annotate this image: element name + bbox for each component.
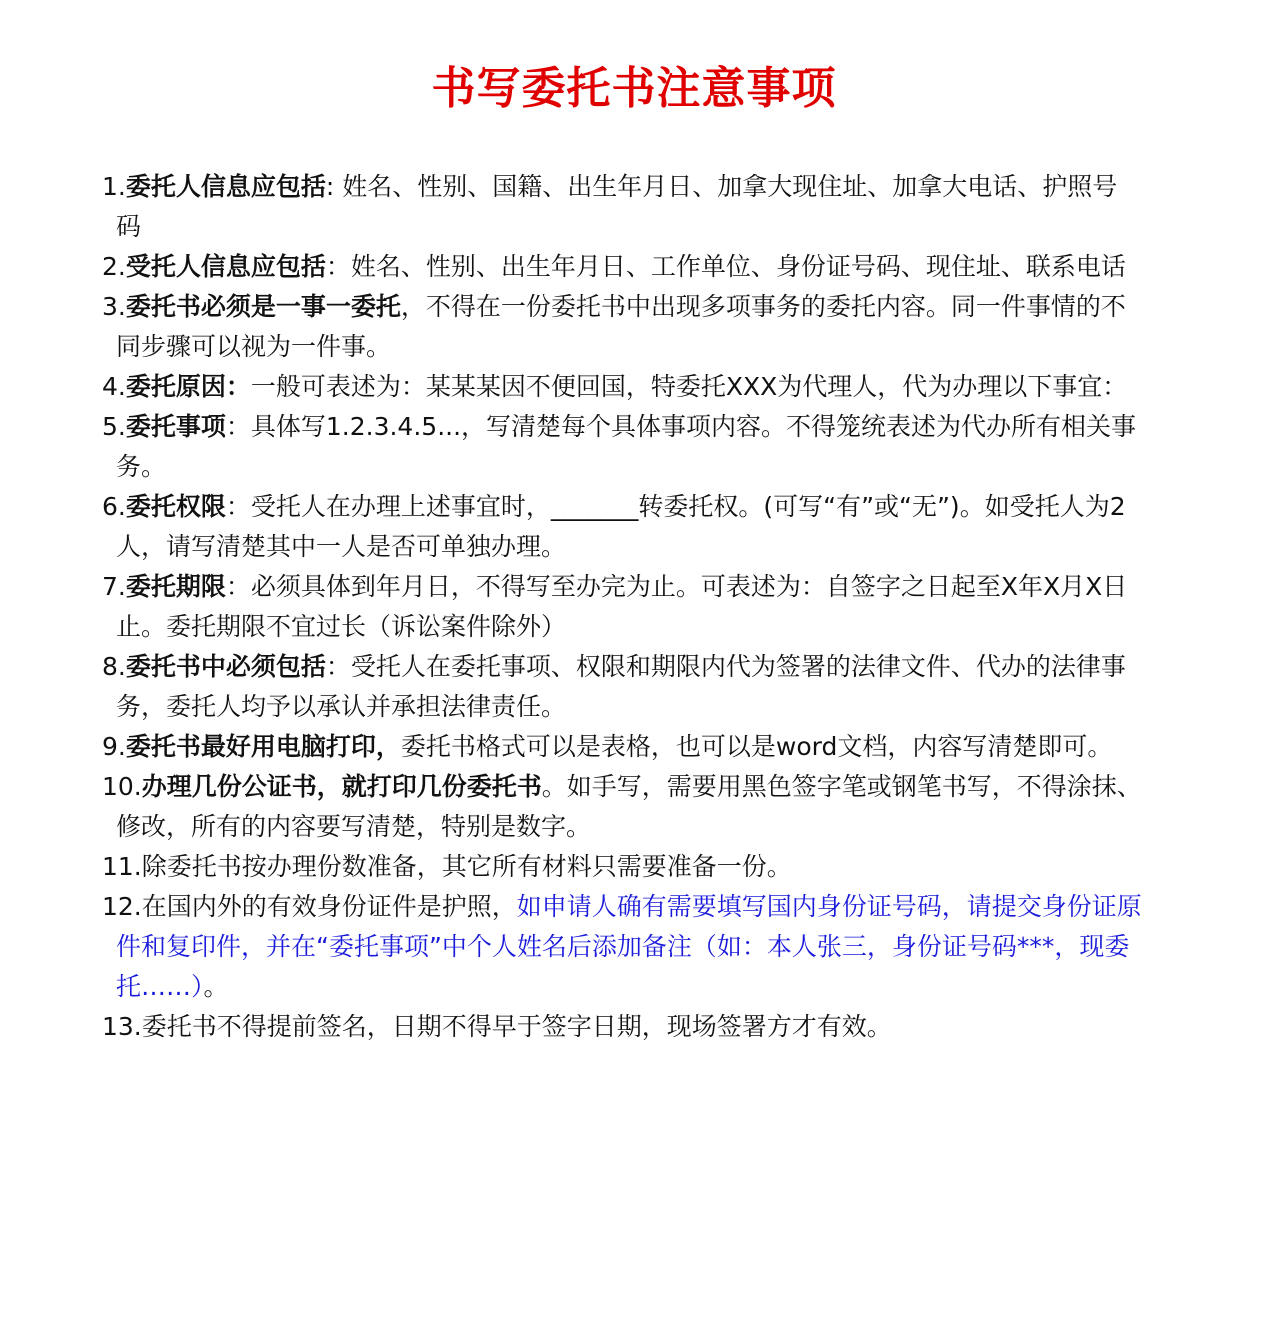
list-item: 13.委托书不得提前签名，日期不得早于签字日期，现场签署方才有效。 bbox=[102, 1007, 1142, 1047]
item-number: 9. bbox=[102, 732, 126, 761]
item-text: 在国内外的有效身份证件是护照， bbox=[142, 892, 517, 921]
list-item: 9.委托书最好用电脑打印，委托书格式可以是表格，也可以是word文档，内容写清楚… bbox=[102, 727, 1142, 767]
item-heading: 委托期限 bbox=[126, 572, 226, 601]
list-item: 1.委托人信息应包括: 姓名、性别、国籍、出生年月日、加拿大现住址、加拿大电话、… bbox=[102, 167, 1142, 247]
item-heading: 委托书必须是一事一委托 bbox=[126, 292, 401, 321]
item-heading: 办理几份公证书，就打印几份委托书 bbox=[142, 772, 542, 801]
item-text: ：必须具体到年月日，不得写至办完为止。可表述为：自签字之日起至X年X月X日止。委… bbox=[116, 572, 1127, 641]
item-heading: 委托书最好用电脑打印， bbox=[126, 732, 401, 761]
list-item: 6.委托权限：受托人在办理上述事宜时，_______转委托权。(可写“有”或“无… bbox=[102, 487, 1142, 567]
item-number: 5. bbox=[102, 412, 126, 441]
item-text: ：具体写1.2.3.4.5...，写清楚每个具体事项内容。不得笼统表述为代办所有… bbox=[116, 412, 1136, 481]
item-number: 8. bbox=[102, 652, 126, 681]
item-number: 4. bbox=[102, 372, 126, 401]
item-number: 11. bbox=[102, 852, 142, 881]
item-tail: 。 bbox=[204, 972, 229, 1001]
list-item: 2.受托人信息应包括：姓名、性别、出生年月日、工作单位、身份证号码、现住址、联系… bbox=[102, 247, 1142, 287]
item-heading: 受托人信息应包括 bbox=[126, 252, 326, 281]
item-heading: 委托人信息应包括 bbox=[126, 172, 326, 201]
item-text: 委托书格式可以是表格，也可以是word文档，内容写清楚即可。 bbox=[401, 732, 1112, 761]
notes-list: 1.委托人信息应包括: 姓名、性别、国籍、出生年月日、加拿大现住址、加拿大电话、… bbox=[102, 167, 1142, 1047]
item-heading: 委托原因： bbox=[126, 372, 251, 401]
list-item: 4.委托原因：一般可表述为：某某某因不便回国，特委托XXX为代理人，代为办理以下… bbox=[102, 367, 1142, 407]
item-text: 一般可表述为：某某某因不便回国，特委托XXX为代理人，代为办理以下事宜： bbox=[251, 372, 1127, 401]
item-number: 3. bbox=[102, 292, 126, 321]
item-heading: 委托书中必须包括 bbox=[126, 652, 326, 681]
item-heading: 委托事项 bbox=[126, 412, 226, 441]
item-number: 1. bbox=[102, 172, 126, 201]
item-heading: 委托权限 bbox=[126, 492, 226, 521]
list-item: 3.委托书必须是一事一委托，不得在一份委托书中出现多项事务的委托内容。同一件事情… bbox=[102, 287, 1142, 367]
list-item: 11.除委托书按办理份数准备，其它所有材料只需要准备一份。 bbox=[102, 847, 1142, 887]
item-number: 10. bbox=[102, 772, 142, 801]
item-number: 12. bbox=[102, 892, 142, 921]
item-number: 7. bbox=[102, 572, 126, 601]
list-item: 7.委托期限：必须具体到年月日，不得写至办完为止。可表述为：自签字之日起至X年X… bbox=[102, 567, 1142, 647]
list-item: 10.办理几份公证书，就打印几份委托书。如手写，需要用黑色签字笔或钢笔书写，不得… bbox=[102, 767, 1142, 847]
page-title: 书写委托书注意事项 bbox=[0, 52, 1268, 116]
item-number: 13. bbox=[102, 1012, 142, 1041]
list-item: 12.在国内外的有效身份证件是护照，如申请人确有需要填写国内身份证号码，请提交身… bbox=[102, 887, 1142, 1007]
item-text: ：姓名、性别、出生年月日、工作单位、身份证号码、现住址、联系电话 bbox=[326, 252, 1126, 281]
item-number: 2. bbox=[102, 252, 126, 281]
item-text: 委托书不得提前签名，日期不得早于签字日期，现场签署方才有效。 bbox=[142, 1012, 892, 1041]
list-item: 8.委托书中必须包括：受托人在委托事项、权限和期限内代为签署的法律文件、代办的法… bbox=[102, 647, 1142, 727]
item-text: ：受托人在办理上述事宜时，_______转委托权。(可写“有”或“无”)。如受托… bbox=[116, 492, 1126, 561]
item-text: 除委托书按办理份数准备，其它所有材料只需要准备一份。 bbox=[142, 852, 792, 881]
item-number: 6. bbox=[102, 492, 126, 521]
list-item: 5.委托事项：具体写1.2.3.4.5...，写清楚每个具体事项内容。不得笼统表… bbox=[102, 407, 1142, 487]
